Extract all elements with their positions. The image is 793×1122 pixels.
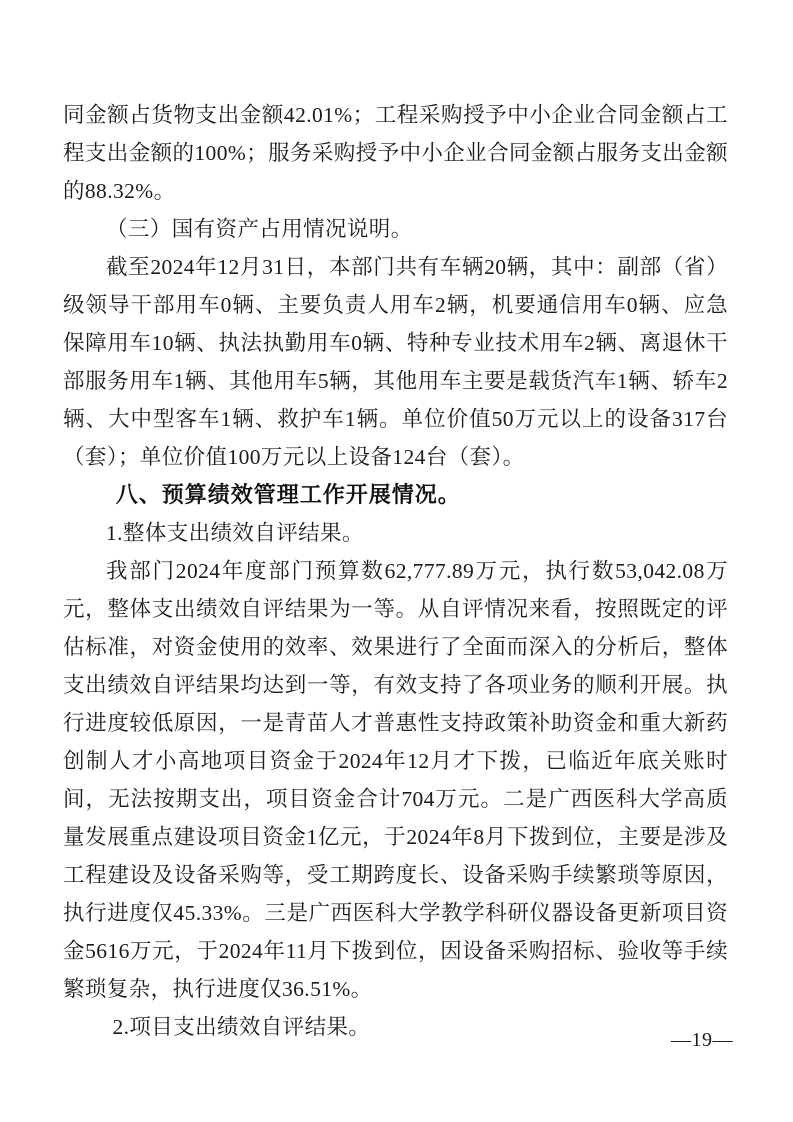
document-body: 同金额占货物支出金额42.01%；工程采购授予中小企业合同金额占工程支出金额的1…: [63, 96, 728, 1046]
para-smb-contract-ratios: 同金额占货物支出金额42.01%；工程采购授予中小企业合同金额占工程支出金额的1…: [63, 96, 728, 210]
para-vehicles-and-equipment: 截至2024年12月31日，本部门共有车辆20辆，其中：副部（省）级领导干部用车…: [63, 248, 728, 476]
subheading-state-assets-usage: （三）国有资产占用情况说明。: [63, 210, 728, 248]
section-heading-budget-performance: 八、预算绩效管理工作开展情况。: [63, 476, 728, 514]
page-number: —19—: [671, 1026, 733, 1054]
para-overall-performance-detail: 我部门2024年度部门预算数62,777.89万元，执行数53,042.08万元…: [63, 552, 728, 1008]
document-page: 同金额占货物支出金额42.01%；工程采购授予中小企业合同金额占工程支出金额的1…: [0, 0, 793, 1122]
para-overall-performance-title: 1.整体支出绩效自评结果。: [63, 514, 728, 552]
para-project-performance-title: 2.项目支出绩效自评结果。: [63, 1008, 728, 1046]
